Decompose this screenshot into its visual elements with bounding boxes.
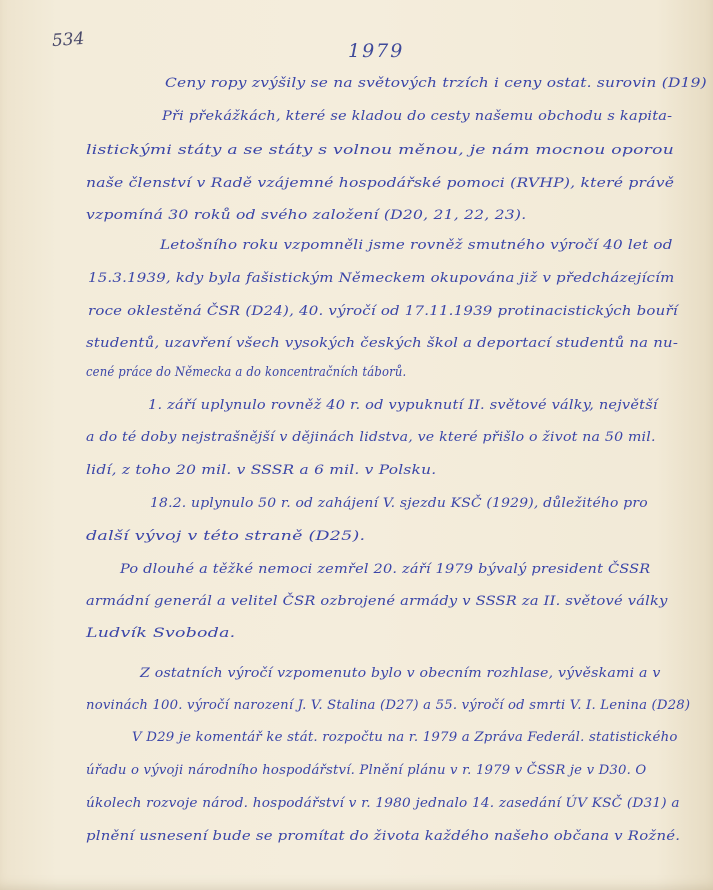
text-line: Ludvík Svoboda. bbox=[86, 626, 235, 641]
text-line: roce oklestěná ČSR (D24), 40. výročí od … bbox=[88, 304, 678, 319]
text-line: další vývoj v této straně (D25). bbox=[86, 529, 365, 544]
text-line: naše členství v Radě vzájemné hospodářsk… bbox=[86, 176, 674, 191]
text-line: 18.2. uplynulo 50 r. od zahájení V. sjez… bbox=[150, 496, 648, 511]
year-heading: 1979 bbox=[348, 40, 404, 62]
text-line: plnění usnesení bude se promítat do živo… bbox=[86, 829, 680, 844]
text-line: úkolech rozvoje národ. hospodářství v r.… bbox=[86, 796, 680, 811]
chronicle-page: 534 1979 Ceny ropy zvýšily se na světový… bbox=[0, 0, 713, 890]
page-number: 534 bbox=[51, 29, 85, 51]
text-line: Po dlouhé a těžké nemoci zemřel 20. září… bbox=[120, 562, 650, 577]
text-line: studentů, uzavření všech vysokých českýc… bbox=[86, 336, 678, 351]
text-line: Ceny ropy zvýšily se na světových trzích… bbox=[165, 76, 707, 91]
text-line: vzpomíná 30 roků od svého založení (D20,… bbox=[86, 208, 526, 223]
text-line: cené práce do Německa a do koncentračníc… bbox=[86, 365, 406, 380]
text-line: úřadu o vývoji národního hospodářství. P… bbox=[86, 763, 646, 778]
text-line: Při překážkách, které se kladou do cesty… bbox=[162, 109, 672, 124]
text-line: Z ostatních výročí vzpomenuto bylo v obe… bbox=[140, 666, 661, 681]
text-line: 1. září uplynulo rovněž 40 r. od vypuknu… bbox=[148, 398, 658, 413]
text-line: V D29 je komentář ke stát. rozpočtu na r… bbox=[132, 730, 678, 745]
text-line: a do té doby nejstrašnější v dějinách li… bbox=[86, 430, 656, 445]
text-line: Letošního roku vzpomněli jsme rovněž smu… bbox=[160, 238, 673, 253]
text-line: 15.3.1939, kdy byla fašistickým Německem… bbox=[88, 271, 674, 286]
text-line: lidí, z toho 20 mil. v SSSR a 6 mil. v P… bbox=[86, 463, 436, 478]
text-line: listickými státy a se státy s volnou měn… bbox=[86, 143, 674, 158]
text-line: armádní generál a velitel ČSR ozbrojené … bbox=[86, 594, 668, 609]
text-line: novinách 100. výročí narození J. V. Stal… bbox=[86, 698, 690, 713]
